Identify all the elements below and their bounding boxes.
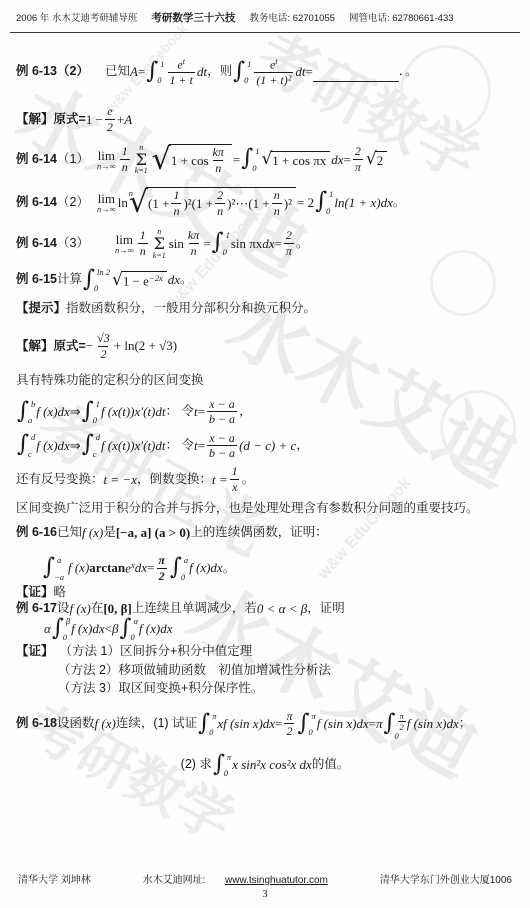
fraction: 1x bbox=[230, 465, 240, 494]
integral-limits: 10 bbox=[158, 60, 162, 85]
example-6-15: 例 6-15 计算∫ln 20√1 − e−2xdx。 bbox=[16, 268, 514, 293]
upper-limit-fraction: π2 bbox=[398, 712, 406, 732]
integral: ∫ba bbox=[17, 400, 35, 425]
footer-site: 水木艾迪网址: www.tsinghuatutor.com bbox=[143, 871, 328, 886]
fraction: x − ab − a bbox=[207, 432, 237, 461]
denominator: n bbox=[213, 160, 223, 175]
upper-limit: 1 bbox=[329, 190, 333, 199]
interval-transform-2: ∫dcf (x)dx ⇒ ∫dcf (x(t))x′(t)dt： 令 t = x… bbox=[16, 432, 514, 461]
lower-limit: a bbox=[28, 416, 32, 425]
math-italic: t = −x bbox=[104, 472, 137, 488]
math-italic: dx bbox=[331, 152, 343, 168]
math-italic: dt bbox=[295, 64, 305, 80]
text-run: ，证明 bbox=[307, 601, 345, 617]
math-upright: = bbox=[203, 236, 210, 252]
answer-blank bbox=[313, 68, 399, 82]
label-text: 例 6-16 bbox=[16, 525, 57, 541]
math-italic: ln(1 + x)dx bbox=[334, 195, 393, 211]
text-run: 设函数 bbox=[57, 716, 95, 732]
text-run: ．。 bbox=[399, 64, 418, 80]
fraction: e2 bbox=[105, 105, 115, 134]
limit: limn→∞ bbox=[97, 149, 116, 171]
superscript: t bbox=[183, 56, 185, 66]
footer-site-label: 水木艾迪网址: bbox=[143, 875, 206, 886]
denominator: 2 bbox=[157, 568, 167, 583]
lower-limit: 0 bbox=[244, 76, 248, 85]
math-upright: 1 + bbox=[253, 196, 270, 212]
math-upright: = bbox=[305, 64, 312, 80]
math-italic: f (x) bbox=[95, 716, 116, 732]
math-upright: − bbox=[86, 338, 93, 354]
text-run: ， bbox=[239, 404, 252, 420]
proof-6-17-m3: （方法 3）取区间变换+积分保序性。 bbox=[16, 681, 514, 697]
integral-limits: dc bbox=[29, 433, 33, 458]
radicand: 1 − e−2x bbox=[121, 271, 167, 290]
example-6-14-2: 例 6-14（2）limn→∞lnn√(1 + 1n)²(1 + 2n)²⋯(1… bbox=[16, 187, 514, 218]
integral: ∫10 bbox=[315, 190, 333, 215]
lower-limit: 0 bbox=[395, 732, 403, 741]
radical: n√(1 + 1n)²(1 + 2n)²⋯(1 + nn)² bbox=[129, 187, 296, 218]
math-upright: 1 + bbox=[152, 196, 169, 212]
numerator: et bbox=[268, 57, 280, 72]
math-italic: π bbox=[376, 716, 383, 732]
text-run: 区间变换广泛用于积分的合并与拆分，也是处理处理含有参数积分问题的重要技巧。 bbox=[16, 501, 479, 517]
math-italic: f (x) bbox=[68, 560, 89, 576]
math-italic: t = bbox=[212, 472, 228, 488]
math-upright: 1 + cos bbox=[171, 153, 209, 169]
solution-6-15: 【解】原式=− √32 + ln(2 + √3) bbox=[16, 332, 514, 361]
remark-line: 区间变换广泛用于积分的合并与拆分，也是处理处理含有参数积分问题的重要技巧。 bbox=[16, 501, 514, 517]
text-run: 指数函数积分，一般用分部积分和换元积分。 bbox=[66, 301, 316, 317]
fraction: π2 bbox=[156, 554, 167, 583]
header-phone-admin: 教务电话: 62701055 bbox=[249, 10, 335, 24]
lower-limit: 0 bbox=[326, 207, 330, 216]
text-run: 上的连续偶函数，证明： bbox=[190, 525, 328, 541]
denominator: 2 bbox=[398, 721, 406, 732]
upper-limit: d bbox=[31, 433, 35, 442]
label-text: 【证】 bbox=[16, 644, 54, 660]
math-upright: = bbox=[369, 716, 376, 732]
limit: limn→∞ bbox=[97, 192, 116, 214]
text-run: ； bbox=[459, 716, 472, 732]
integral: ∫a0 bbox=[170, 556, 188, 581]
numerator: π bbox=[156, 554, 167, 567]
label-text: 例 6-15 bbox=[16, 272, 57, 288]
math-italic: β bbox=[112, 621, 118, 637]
sigma-sign: Σ bbox=[136, 152, 147, 167]
text-run: （方法 1）区间拆分+积分中值定理 bbox=[60, 644, 253, 660]
math-upright: 1 − e−2x bbox=[123, 273, 163, 290]
math-italic: f (x) bbox=[70, 601, 91, 617]
lower-limit: 0 bbox=[308, 728, 312, 737]
proof-6-16: 【证】略 bbox=[16, 585, 514, 601]
integral: ∫dc bbox=[17, 433, 35, 458]
integral: ∫π0 bbox=[297, 712, 315, 737]
math-italic: dx bbox=[135, 560, 147, 576]
denominator: b − a bbox=[207, 445, 237, 460]
math-upright: 1 + cos πx bbox=[272, 153, 326, 169]
math-upright: = bbox=[198, 404, 205, 420]
text-run: 具有特殊功能的定积分的区间变换 bbox=[16, 373, 204, 389]
label-text: 例 6-13（2） bbox=[16, 64, 89, 80]
superscript: t bbox=[275, 56, 277, 66]
limit-subscript: n→∞ bbox=[97, 162, 116, 171]
integral: ∫10 bbox=[233, 60, 251, 85]
math-upright: = bbox=[138, 64, 145, 80]
integral-limits: 10 bbox=[224, 231, 228, 256]
integral: ∫10 bbox=[241, 147, 259, 172]
integral: ∫10 bbox=[82, 400, 100, 425]
radicand: 2 bbox=[375, 151, 388, 169]
radicand: (1 + 1n)²(1 + 2n)²⋯(1 + nn)² bbox=[146, 187, 296, 218]
page-number: 3 bbox=[0, 889, 530, 900]
fraction: kπn bbox=[211, 146, 226, 175]
text-run: ， bbox=[296, 438, 309, 454]
lower-limit: k=1 bbox=[135, 167, 148, 175]
text-run: 上连续且单调减少，若 bbox=[132, 601, 257, 617]
integral-limits: ba bbox=[29, 400, 33, 425]
lower-limit: 0 bbox=[252, 164, 256, 173]
math-italic: f (x)dx bbox=[36, 404, 70, 420]
formula-6-16: ∫a−af (x) arctan ex dx = π2∫a0f (x)dx。 bbox=[16, 554, 514, 583]
label-text: 例 6-14 bbox=[16, 195, 57, 211]
text-run: （1） bbox=[57, 152, 89, 168]
math-upright: )² bbox=[284, 196, 292, 212]
solution-6-13: 【解】原式=1 − e2 + A bbox=[16, 105, 514, 134]
math-upright: + ln(2 + √3) bbox=[114, 338, 177, 354]
text-run: 连续，(1) 试证 bbox=[116, 716, 197, 732]
integral-limits: 10 bbox=[245, 60, 249, 85]
document-body: 例 6-13（2）已知 A = ∫10et1 + tdt，则∫10et(1 + … bbox=[0, 57, 530, 778]
fraction: π2 bbox=[284, 710, 294, 739]
upper-limit: a bbox=[184, 556, 188, 565]
numerator: 1 bbox=[230, 465, 240, 478]
math-upright: = bbox=[233, 152, 240, 168]
integral-limits: α0 bbox=[131, 617, 135, 642]
text-run: ： 令 bbox=[166, 404, 194, 420]
label-text: 【解】原式= bbox=[16, 112, 86, 128]
limit-subscript: n→∞ bbox=[115, 246, 134, 255]
math-italic: ex bbox=[125, 560, 135, 577]
upper-limit: π bbox=[227, 753, 231, 762]
denominator: (1 + t)² bbox=[254, 72, 293, 87]
text-run: 。 bbox=[296, 236, 309, 252]
sigma-sign: Σ bbox=[154, 236, 165, 251]
denominator: 2 bbox=[105, 119, 115, 134]
integral: ∫α0 bbox=[119, 617, 137, 642]
denominator: x bbox=[230, 479, 239, 494]
text-run: (2) 求 bbox=[181, 757, 212, 773]
upper-limit: 1 bbox=[247, 60, 251, 69]
denominator: π bbox=[353, 159, 363, 174]
integral-limits: 10 bbox=[327, 190, 331, 215]
denominator: n bbox=[138, 243, 148, 258]
integral-limits: π20 bbox=[396, 712, 404, 737]
example-6-13: 例 6-13（2）已知 A = ∫10et1 + tdt，则∫10et(1 + … bbox=[16, 57, 514, 87]
text-run: （方法 2）移项做辅助函数 初值加增减性分析法 bbox=[58, 663, 331, 679]
text-run: （3） bbox=[57, 236, 89, 252]
denominator: n bbox=[120, 159, 130, 174]
example-6-14-3: 例 6-14（3）limn→∞1nnΣk=1sinkπn = ∫10sin πx… bbox=[16, 228, 514, 259]
header-title: 考研数学三十六技 bbox=[151, 10, 235, 25]
math-italic: 0 < α < β bbox=[257, 601, 307, 617]
text-run: 是 bbox=[103, 525, 116, 541]
math-italic: f (x)dx bbox=[36, 438, 70, 454]
denominator: n bbox=[189, 243, 199, 258]
label-text: 例 6-18 bbox=[16, 716, 57, 732]
math-upright: )²⋯( bbox=[227, 196, 253, 212]
denominator: 1 + t bbox=[168, 72, 195, 87]
header-divider bbox=[10, 32, 520, 33]
page-footer: 清华大学 刘坤林 水木艾迪网址: www.tsinghuatutor.com 清… bbox=[0, 871, 530, 900]
fraction: 1n bbox=[120, 145, 130, 174]
math-italic: f (sin x)dx bbox=[317, 716, 369, 732]
numerator: √3 bbox=[95, 332, 112, 345]
math-italic: f (x)dx bbox=[189, 560, 223, 576]
math-upright: = 2 bbox=[297, 195, 314, 211]
lower-limit: 0 bbox=[224, 769, 228, 778]
math-italic: dx bbox=[262, 236, 274, 252]
upper-limit: π bbox=[311, 712, 315, 721]
limit: limn→∞ bbox=[115, 233, 134, 255]
integral-limits: 10 bbox=[94, 400, 98, 425]
numerator: x − a bbox=[207, 398, 236, 411]
math-italic: f (x)dx bbox=[139, 621, 173, 637]
denominator: 2 bbox=[98, 346, 108, 361]
math-upright: = bbox=[275, 236, 282, 252]
math-upright: [−a, a] (a > 0) bbox=[116, 525, 190, 541]
integral: ∫ln 20 bbox=[83, 268, 110, 293]
math-italic: f (x(t))x′(t)dt bbox=[101, 404, 166, 420]
numerator: kπ bbox=[211, 146, 226, 159]
label-text: 【证】 bbox=[16, 585, 54, 601]
numerator: e bbox=[105, 105, 114, 118]
lower-limit: 0 bbox=[130, 633, 134, 642]
text-run: 。 bbox=[242, 472, 255, 488]
math-upright: = bbox=[275, 716, 282, 732]
fraction: kπn bbox=[186, 229, 201, 258]
integral: ∫a−a bbox=[43, 556, 67, 581]
text-run: 。 bbox=[180, 272, 193, 288]
lower-limit: 0 bbox=[94, 284, 107, 293]
denominator: b − a bbox=[207, 411, 237, 426]
hint-6-15: 【提示】指数函数积分，一般用分部积分和换元积分。 bbox=[16, 301, 514, 317]
example-6-18: 例 6-18 设函数 f (x) 连续，(1) 试证∫π0xf (sin x)d… bbox=[16, 710, 514, 739]
summation: nΣk=1 bbox=[135, 144, 148, 175]
denominator: n bbox=[215, 203, 225, 218]
integral-limits: π0 bbox=[210, 712, 214, 737]
header-phone-network: 网管电话: 62780661-433 bbox=[349, 10, 454, 24]
text-run: ： 令 bbox=[166, 438, 194, 454]
numerator: 1 bbox=[138, 229, 148, 242]
limit-subscript: n→∞ bbox=[97, 205, 116, 214]
integral: ∫10 bbox=[146, 60, 164, 85]
interval-transform-1: ∫baf (x)dx ⇒ ∫10f (x(t))x′(t)dt： 令 t = x… bbox=[16, 398, 514, 427]
upper-limit: b bbox=[31, 400, 35, 409]
upper-limit: d bbox=[96, 433, 100, 442]
math-upright: sin bbox=[169, 236, 184, 252]
fraction: et(1 + t)² bbox=[254, 57, 293, 87]
integral-limits: π0 bbox=[225, 753, 229, 778]
fraction: 2n bbox=[215, 189, 225, 218]
example-6-16: 例 6-16 已知 f (x) 是[−a, a] (a > 0)上的连续偶函数，… bbox=[16, 525, 514, 541]
math-upright: )²( bbox=[183, 196, 196, 212]
math-italic: f (x) bbox=[82, 525, 103, 541]
numerator: et bbox=[175, 57, 187, 72]
upper-limit: 1 bbox=[226, 231, 230, 240]
integral: ∫β0 bbox=[52, 617, 70, 642]
text-run: 已知 bbox=[105, 64, 130, 80]
proof-6-17-m2: （方法 2）移项做辅助函数 初值加增减性分析法 bbox=[16, 663, 514, 679]
summation: nΣk=1 bbox=[153, 228, 166, 259]
math-upright: ⇒ bbox=[70, 404, 81, 420]
denominator: n bbox=[272, 203, 282, 218]
lower-limit: 0 bbox=[157, 76, 161, 85]
math-italic: f (sin x)dx bbox=[407, 716, 459, 732]
lower-limit: 0 bbox=[93, 416, 97, 425]
integral: ∫π20 bbox=[384, 712, 406, 737]
math-upright: = bbox=[344, 152, 351, 168]
numerator: 1 bbox=[120, 145, 130, 158]
text-run: 的值。 bbox=[312, 757, 350, 773]
header-course: 2006 年 水木艾迪考研辅导班 bbox=[16, 10, 137, 24]
other-transforms: 还有反号变换： t = −x，倒数变换： t =1x。 bbox=[16, 465, 514, 494]
radicand: 1 + cos πx bbox=[270, 151, 330, 169]
label-text: 例 6-14 bbox=[16, 152, 57, 168]
radical: √1 + coskπn bbox=[152, 144, 232, 175]
math-italic: α bbox=[44, 621, 51, 637]
fraction: 2π bbox=[284, 229, 294, 258]
fraction: nn bbox=[272, 189, 282, 218]
math-italic: xf (sin x)dx bbox=[217, 716, 275, 732]
math-upright: 1 − bbox=[86, 112, 103, 128]
upper-limit: ln 2 bbox=[97, 268, 110, 277]
text-run: （2） bbox=[57, 195, 89, 211]
formula-6-17: α∫β0f (x)dx < β∫α0f (x)dx bbox=[16, 617, 514, 642]
math-upright: = bbox=[147, 560, 154, 576]
integral: ∫π0 bbox=[198, 712, 216, 737]
numerator: 1 bbox=[171, 189, 181, 202]
integral-limits: β0 bbox=[64, 617, 68, 642]
text-run: ，则 bbox=[207, 64, 232, 80]
example-6-17: 例 6-17 设 f (x) 在[0, β]上连续且单调减少，若 0 < α <… bbox=[16, 601, 514, 617]
radicand: 1 + coskπn bbox=[169, 144, 232, 175]
numerator: kπ bbox=[186, 229, 201, 242]
fraction: x − ab − a bbox=[207, 398, 237, 427]
lower-limit: c bbox=[28, 450, 32, 459]
math-italic: (d − c) + c bbox=[239, 438, 296, 454]
integral-limits: a0 bbox=[182, 556, 186, 581]
lower-limit: 0 bbox=[209, 728, 213, 737]
scanned-document-page: 水木艾迪考研数学水木艾迪考研正光水木艾迪考研数学w&w EduCebookw&w… bbox=[0, 0, 530, 908]
lower-limit: k=1 bbox=[153, 252, 166, 260]
text-run: 在 bbox=[91, 601, 104, 617]
radical: √1 − e−2x bbox=[112, 271, 167, 290]
upper-limit: 1 bbox=[96, 400, 100, 409]
text-run: （方法 3）取区间变换+积分保序性。 bbox=[58, 681, 263, 697]
radical: √2 bbox=[366, 151, 387, 169]
upper-limit: a bbox=[57, 556, 67, 565]
numerator: π bbox=[398, 712, 406, 721]
fraction: √32 bbox=[95, 332, 112, 361]
lower-limit: 0 bbox=[223, 248, 227, 257]
section-heading: 具有特殊功能的定积分的区间变换 bbox=[16, 373, 514, 389]
footer-author: 清华大学 刘坤林 bbox=[18, 871, 91, 886]
lower-limit: 0 bbox=[181, 573, 185, 582]
text-run: 略 bbox=[54, 585, 67, 601]
radical: √1 + cos πx bbox=[261, 151, 330, 169]
numerator: n bbox=[272, 189, 282, 202]
integral-limits: 10 bbox=[253, 147, 257, 172]
math-upright: = bbox=[198, 438, 205, 454]
math-italic: dt bbox=[197, 64, 207, 80]
lower-limit: c bbox=[93, 450, 97, 459]
integral-limits: ln 20 bbox=[95, 268, 108, 293]
lower-limit: −a bbox=[54, 573, 64, 582]
upper-limit: π bbox=[212, 712, 216, 721]
text-run: 还有反号变换： bbox=[16, 472, 104, 488]
upper-limit: β bbox=[66, 617, 70, 626]
denominator: 2 bbox=[284, 723, 294, 738]
numerator: π bbox=[284, 710, 294, 723]
page-header: 2006 年 水木艾迪考研辅导班 考研数学三十六技 教务电话: 62701055… bbox=[0, 0, 530, 25]
math-italic: dx bbox=[168, 272, 180, 288]
text-run: 已知 bbox=[57, 525, 82, 541]
math-upright: 1 + bbox=[196, 196, 213, 212]
proof-6-17-m1: 【证】（方法 1）区间拆分+积分中值定理 bbox=[16, 644, 514, 660]
math-italic: A bbox=[124, 112, 132, 128]
root-index: n bbox=[129, 189, 133, 199]
text-run: 。 bbox=[393, 195, 406, 211]
fraction: 1n bbox=[171, 189, 181, 218]
numerator: x − a bbox=[207, 432, 236, 445]
math-italic: f (x)dx bbox=[71, 621, 105, 637]
math-italic: x sin²x cos²x dx bbox=[232, 757, 312, 773]
integral-limits: π0 bbox=[309, 712, 313, 737]
math-italic: f (x(t))x′(t)dt bbox=[101, 438, 166, 454]
footer-address: 清华大学东门外创业大厦1006 bbox=[380, 871, 512, 886]
footer-url-link[interactable]: www.tsinghuatutor.com bbox=[225, 875, 328, 886]
text-run: 计算 bbox=[57, 272, 82, 288]
denominator: n bbox=[171, 203, 181, 218]
text-run: ，倒数变换： bbox=[137, 472, 212, 488]
lower-limit: 0 bbox=[63, 633, 67, 642]
fraction: 1n bbox=[138, 229, 148, 258]
upper-limit: α bbox=[133, 617, 137, 626]
integral-limits: a−a bbox=[55, 556, 65, 581]
label-text: 【提示】 bbox=[16, 301, 66, 317]
math-upright: ⇒ bbox=[70, 438, 81, 454]
integral: ∫10 bbox=[212, 231, 230, 256]
denominator: π bbox=[284, 243, 294, 258]
label-text: 【解】原式= bbox=[16, 339, 86, 355]
math-upright: 2 bbox=[377, 153, 384, 169]
math-italic: A bbox=[130, 64, 138, 80]
text-run: 。 bbox=[223, 561, 236, 577]
math-upright: sin πx bbox=[231, 236, 262, 252]
numerator: 2 bbox=[353, 145, 363, 158]
label-text: 例 6-14 bbox=[16, 236, 57, 252]
example-6-14-1: 例 6-14（1）limn→∞1nnΣk=1√1 + coskπn = ∫10√… bbox=[16, 144, 514, 175]
math-upright: < bbox=[105, 621, 112, 637]
fraction: 2π bbox=[353, 145, 363, 174]
upper-limit: 1 bbox=[160, 60, 164, 69]
integral: ∫dc bbox=[82, 433, 100, 458]
superscript: −2x bbox=[149, 273, 163, 283]
integral-limits: dc bbox=[94, 433, 98, 458]
fraction: et1 + t bbox=[168, 57, 195, 87]
example-6-18-part2: (2) 求∫π0x sin²x cos²x dx 的值。 bbox=[16, 753, 514, 778]
